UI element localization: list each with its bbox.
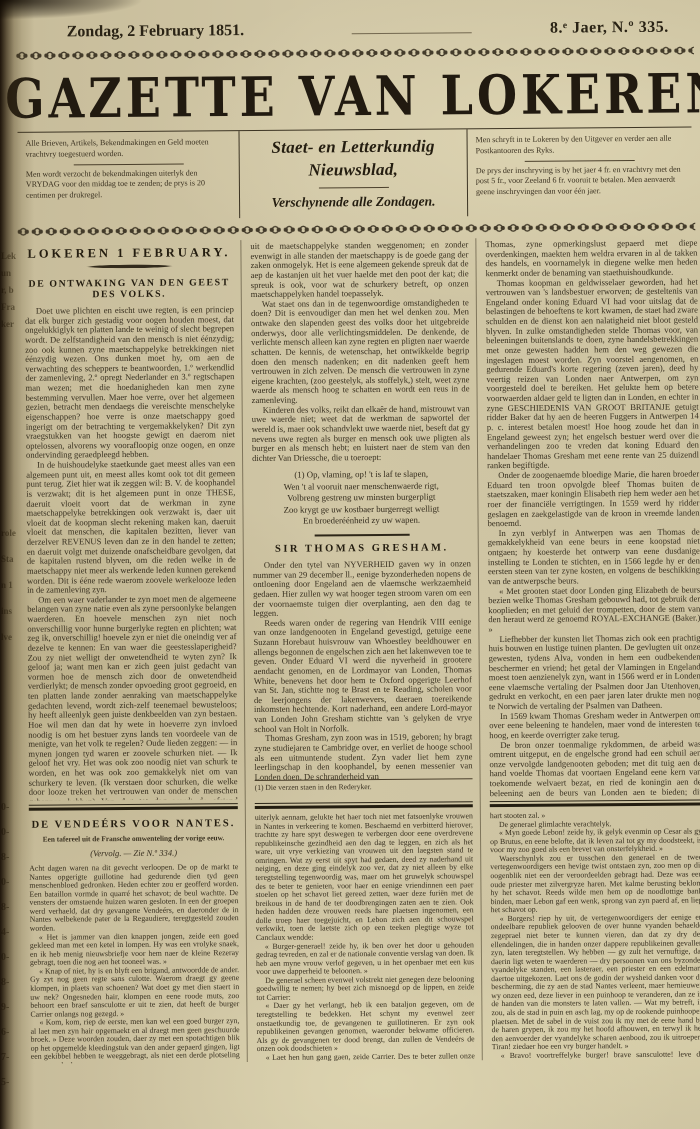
imprint-row: Alle Brieven, Artikels, Bekendmakingen e… <box>17 127 692 220</box>
paragraph: In de huishoudelyke staetkunde gaet mees… <box>26 459 236 595</box>
paragraph: In zyn verblyf in Antwerpen was aen Thom… <box>488 527 700 586</box>
section-rule <box>490 800 700 808</box>
paragraph: Thomas Gresham, zyn zoon was in 1519, ge… <box>254 733 472 783</box>
article-body: Doet uwe plichten en eischt uwe regten, … <box>25 305 238 801</box>
paragraph: Thomas koopman en geldwisselaer geworden… <box>486 277 700 471</box>
paragraph: « Met grooten staet door Londen ging Eli… <box>488 585 700 635</box>
article-body: uit de maetschappelyke standen weggenome… <box>250 240 470 463</box>
page-edge-fragments-top: Lek un r, b Fra ker <box>1 248 16 333</box>
ornament-divider <box>64 263 194 271</box>
divider <box>525 160 635 162</box>
paragraph: « Het is jammer van dien knappen jongen,… <box>30 932 239 968</box>
column-1-articles: LOKEREN 1 FEBRUARY. DE ONTWAKING VAN DEN… <box>24 242 237 801</box>
paragraph: Thomas, zyne opmerkingslust gepaerd met … <box>485 239 697 279</box>
paragraph: « Myn goede Lebon! zeide hy, ik gelyk ev… <box>490 828 700 855</box>
feuilleton-continuation-note: (Vervolg. — Zie N.º 334.) <box>29 847 238 859</box>
feuilleton-body: hart stooten zal. »De generael glimlacht… <box>490 811 700 1061</box>
column-3-articles: Thomas, zyne opmerkingslust gepaerd met … <box>485 239 700 798</box>
divider <box>318 187 388 189</box>
paragraph: Wat staet ons dan in de tegenwoordige om… <box>251 298 470 406</box>
subtitle: Staet- en Letterkundig Nieuwsblad, <box>246 135 461 183</box>
paragraph: uiterlyk aennam, gelukte het haer toch n… <box>255 812 474 942</box>
imprint-note: De prys der inschryving is by het jaer 4… <box>476 164 684 198</box>
page-edge-fragments-numbers: 0- 0- 8- 0- 8- 4- 0- 8- 9- 6- 7- 5- <box>1 795 9 1095</box>
column-2-feuilleton: uiterlyk aennam, gelukte het haer toch n… <box>255 812 475 1062</box>
footnote: (1) Die verzen staen in den Rederyker. <box>255 778 473 792</box>
feuilleton-body: Acht dagen waren na dit gevecht verloope… <box>29 863 240 1064</box>
column-3-feuilleton: hart stooten zal. »De generael glimlacht… <box>490 811 700 1061</box>
paragraph: Kinderen des volks, reikt dan elkaêr de … <box>252 404 470 463</box>
ornament-border-top <box>15 45 694 62</box>
page-edge-fragments-mid: role Sta n 1 ins lve <box>1 520 16 650</box>
section-divider <box>314 533 409 536</box>
feuilleton-title: DE VENDEÉRS VOOR NANTES. <box>29 818 238 831</box>
article-body: Thomas, zyne opmerkingslust gepaerd met … <box>485 239 700 798</box>
local-dateline: LOKEREN 1 FEBRUARY. <box>24 245 233 262</box>
paragraph: « Daer gy het verlangt, heb ik een batal… <box>256 1001 474 1054</box>
column-2: uit de maetschappelyke standen weggenome… <box>240 238 481 1062</box>
paragraph: « Borgers! riep hy uit, de vertegenwoord… <box>491 913 700 1052</box>
article-title: DE ONTWAKING VAN DEN GEEST DES VOLKS. <box>25 277 234 301</box>
paragraph: « Bravo! voortreffelyke burger! brave sa… <box>492 1050 700 1060</box>
column-3: Thomas, zyne opmerkingslust gepaerd met … <box>475 237 700 1061</box>
publication-frequency: Verschynende alle Zondagen. <box>272 192 436 212</box>
section-rule <box>29 803 238 811</box>
feuilleton-body: uiterlyk aennam, gelukte het haer toch n… <box>255 812 475 1062</box>
body-columns: LOKEREN 1 FEBRUARY. DE ONTWAKING VAN DEN… <box>18 237 700 1064</box>
paragraph: Doet uwe plichten en eischt uwe regten, … <box>25 305 235 461</box>
paragraph: Onder de zoogenaemde bloedige Marie, die… <box>487 470 699 529</box>
paragraph: « Knap of niet, hy is en blyft een briga… <box>30 966 239 1019</box>
newspaper-page: Zondag, 2 February 1851. 8.ᵉ Jaer, N.º 3… <box>4 0 700 1129</box>
imprint-note: Alle Brieven, Artikels, Bekendmakingen e… <box>26 137 231 160</box>
divider <box>73 163 183 165</box>
imprint-note: Men wordt verzocht de bekendmakingen uit… <box>26 168 231 202</box>
ornament-border-bottom <box>16 221 695 238</box>
masthead-title: GAZETTE VAN LOKEREN. <box>5 62 697 131</box>
imprint-note: Men schryft in te Lokeren by den Uitgeve… <box>476 134 684 157</box>
paragraph: « Burger-generael! zeide hy, ik ben over… <box>256 941 474 977</box>
paragraph: De generael scheen evenwel volstrekt nie… <box>256 975 474 1002</box>
dateline-row: Zondag, 2 February 1851. 8.ᵉ Jaer, N.º 3… <box>4 0 696 44</box>
feuilleton-subtitle: Een tafereel uit de Fransche omwenteling… <box>29 833 238 844</box>
paragraph: Om een waer vaderlander te zyn moet men … <box>27 594 238 801</box>
paragraph: Waerschynlyk zou er tusschen den generae… <box>490 853 700 915</box>
issue-date: Zondag, 2 February 1851. <box>67 22 244 41</box>
section-rule <box>255 801 473 809</box>
article-title: SIR THOMAS GRESHAM. <box>253 542 471 555</box>
imprint-center: Staet- en Letterkundig Nieuwsblad, Versc… <box>238 129 468 218</box>
imprint-right: Men schryft in te Lokeren by den Uitgeve… <box>467 128 692 217</box>
paragraph: De bron onzer toenmalige rykdommen, de a… <box>489 739 700 797</box>
column-1-feuilleton: DE VENDEÉRS VOOR NANTES. Een tafereel ui… <box>29 814 240 1064</box>
paragraph: Reeds waren onder de regering van Hendri… <box>253 617 472 734</box>
paragraph: « Kom, kom, riep de eerste, men kan wel … <box>30 1017 239 1064</box>
paragraph: Onder den tytel van NYVERHEID gaven wy i… <box>253 559 471 618</box>
imprint-left: Alle Brieven, Artikels, Bekendmakingen e… <box>17 131 239 220</box>
paragraph: « Laet hen hun gang gaen, zeide Carrier.… <box>257 1052 475 1062</box>
paragraph: Liefhebber der kunsten liet Thomas zich … <box>488 633 700 712</box>
paragraph: Acht dagen waren na dit gevecht verloope… <box>29 863 239 933</box>
column-2-articles: uit de maetschappelyke standen weggenome… <box>250 240 472 799</box>
paragraph: In 1569 kwam Thomas Gresham weder in Ant… <box>489 710 700 741</box>
poem: (1) Op, vlaming, op! 't is laf te slapen… <box>252 469 470 528</box>
newspaper-scan: { "header": { "date_line": "Zondag, 2 Fe… <box>0 0 700 1129</box>
header-rule <box>352 32 472 34</box>
column-1: LOKEREN 1 FEBRUARY. DE ONTWAKING VAN DEN… <box>18 240 246 1064</box>
issue-number: 8.ᵉ Jaer, N.º 335. <box>550 19 669 38</box>
paragraph: uit de maetschappelyke standen weggenome… <box>250 240 468 299</box>
article-body: Onder den tytel van NYVERHEID gaven wy i… <box>253 559 473 782</box>
